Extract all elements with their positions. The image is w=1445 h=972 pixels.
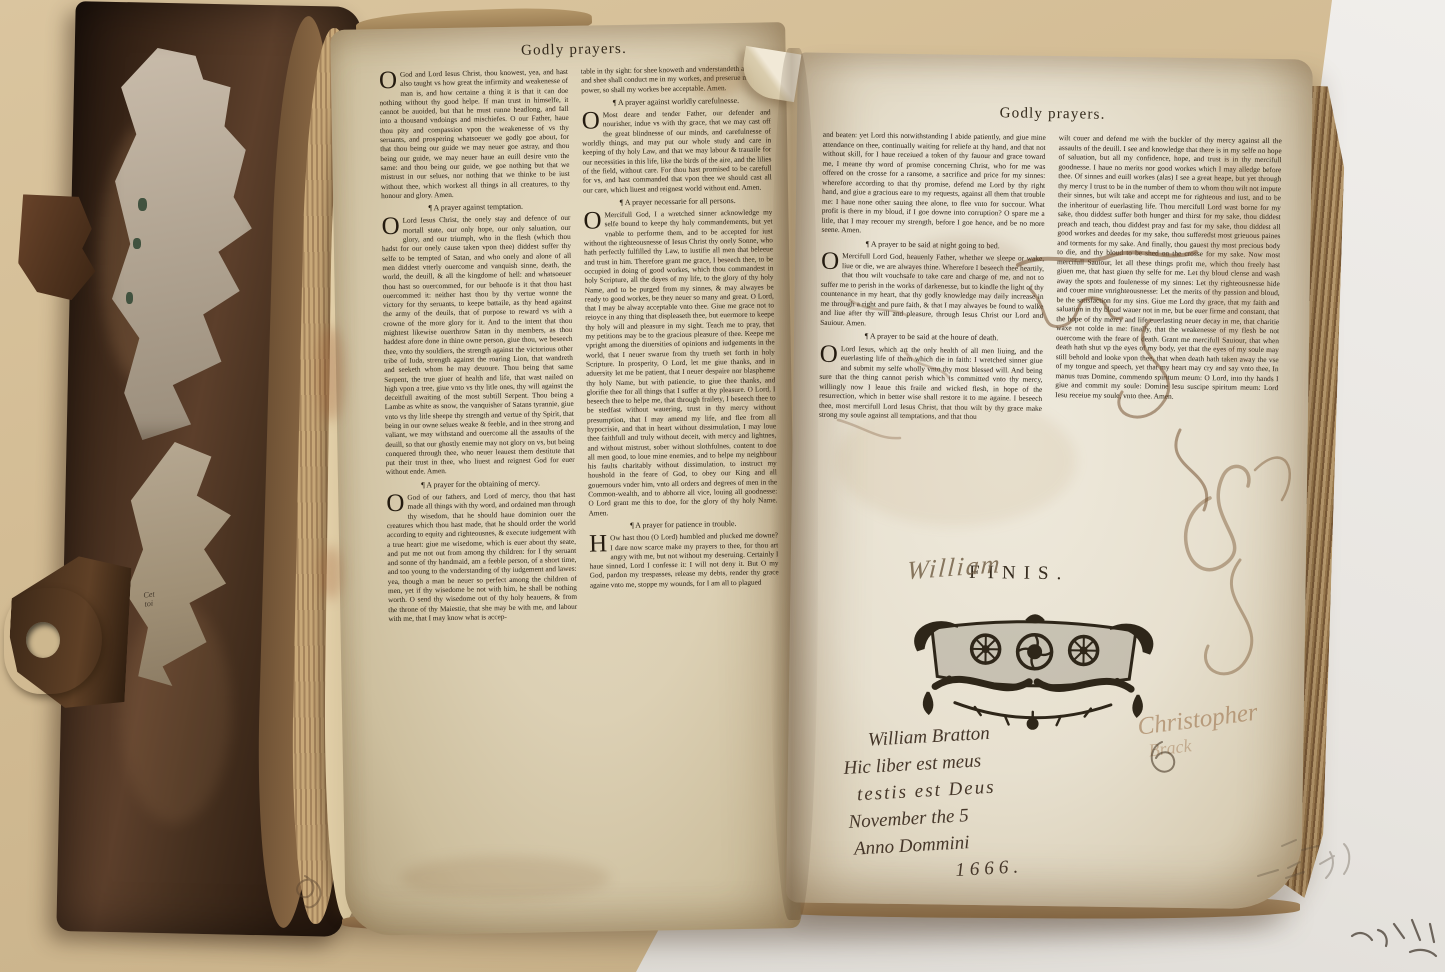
prayer-paragraph: OGod of our fathers, and Lord of mercy, … bbox=[386, 490, 577, 623]
left-page-column-1: OGod and Lord Iesus Christ, thou knowest… bbox=[379, 67, 578, 625]
prayer-paragraph: HOw hast thou (O Lord) humbled and pluck… bbox=[589, 531, 779, 590]
drop-cap-initial: O bbox=[582, 110, 603, 131]
left-page-columns: OGod and Lord Iesus Christ, thou knowest… bbox=[379, 63, 780, 625]
green-tie-remnant bbox=[138, 198, 147, 211]
prayer-paragraph: OMercifull God, I a wretched sinner ackn… bbox=[583, 208, 777, 518]
prayer-heading: ¶ A prayer against temptation. bbox=[381, 199, 570, 215]
prayer-heading: ¶ A prayer against worldly carefulnesse. bbox=[581, 93, 770, 109]
prayer-heading: ¶ A prayer for the obtaining of mercy. bbox=[386, 476, 575, 492]
handwritten-line: toi bbox=[144, 598, 156, 608]
foxing-spots bbox=[318, 326, 344, 422]
gutter-shadow bbox=[770, 48, 818, 920]
marginal-pen-note: Cettoi bbox=[143, 589, 156, 608]
foxing-spots bbox=[320, 546, 342, 600]
clasp-hook-hole bbox=[26, 622, 60, 658]
finis-colophon: FINIS. bbox=[817, 560, 1276, 588]
prayer-paragraph: OLord Iesus Christ, the onely stay and d… bbox=[381, 213, 575, 477]
prayer-paragraph: OMost deare and tender Father, our defen… bbox=[582, 108, 772, 195]
prayer-paragraph: table in thy sight: for shee knoweth and… bbox=[581, 63, 770, 94]
drop-cap-initial: O bbox=[820, 343, 841, 364]
prayer-paragraph: and beaten: yet Lord this notwithstandin… bbox=[821, 130, 1045, 238]
ownership-inscription-1666: William BrattonHic liber est meustestis … bbox=[841, 711, 1160, 890]
running-header-left: Godly prayers. bbox=[378, 38, 769, 62]
left-page: Godly prayers. OGod and Lord Iesus Chris… bbox=[330, 22, 801, 936]
prayer-paragraph: OGod and Lord Iesus Christ, thou knowest… bbox=[379, 67, 570, 200]
prayer-heading: ¶ A prayer necessarie for all persons. bbox=[583, 193, 772, 209]
drop-cap-initial: O bbox=[583, 210, 604, 231]
stain bbox=[690, 66, 742, 98]
green-tie-remnant bbox=[133, 238, 141, 249]
prayer-heading: ¶ A prayer to be said at the houre of de… bbox=[820, 329, 1043, 345]
running-header-right: Godly prayers. bbox=[823, 103, 1282, 126]
drop-cap-initial: O bbox=[386, 493, 407, 514]
drop-cap-initial: O bbox=[381, 216, 402, 237]
stain bbox=[836, 396, 1076, 526]
drop-cap-initial: H bbox=[589, 533, 610, 554]
drop-cap-initial: O bbox=[379, 70, 400, 91]
green-tie-remnant bbox=[126, 292, 133, 304]
prayer-heading: ¶ A prayer for patience in trouble. bbox=[589, 516, 778, 532]
left-page-column-2: table in thy sight: for shee knoweth and… bbox=[581, 63, 780, 621]
photo-antique-prayer-book: Godly prayers. OGod and Lord Iesus Chris… bbox=[0, 0, 1445, 972]
stain bbox=[900, 236, 1030, 302]
stain bbox=[1200, 150, 1270, 370]
drop-cap-initial: O bbox=[821, 251, 842, 272]
stain bbox=[400, 856, 610, 900]
